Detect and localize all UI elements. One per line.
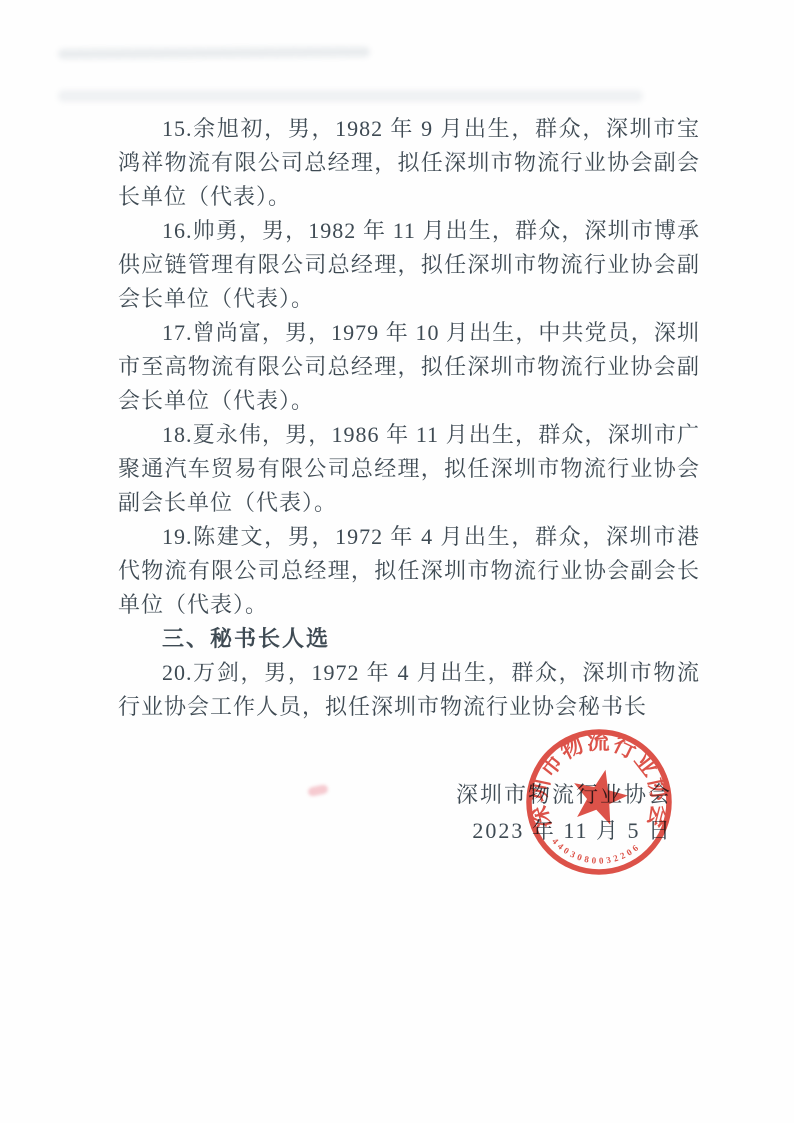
document-page: 15.余旭初，男，1982 年 9 月出生，群众，深圳市宝鸿祥物流有限公司总经理… xyxy=(0,0,794,1123)
document-body: 15.余旭初，男，1982 年 9 月出生，群众，深圳市宝鸿祥物流有限公司总经理… xyxy=(118,112,700,724)
paragraph-candidate-16: 16.帅勇，男，1982 年 11 月出生，群众，深圳市博承供应链管理有限公司总… xyxy=(118,214,700,316)
paragraph-candidate-19: 19.陈建文，男，1972 年 4 月出生，群众，深圳市港代物流有限公司总经理，… xyxy=(118,520,700,622)
paragraph-candidate-15: 15.余旭初，男，1982 年 9 月出生，群众，深圳市宝鸿祥物流有限公司总经理… xyxy=(118,112,700,214)
paragraph-candidate-20: 20.万剑，男，1972 年 4 月出生，群众，深圳市物流行业协会工作人员，拟任… xyxy=(118,656,700,724)
ink-smudge-artifact xyxy=(307,784,328,797)
section-heading-secretary: 三、秘书长人选 xyxy=(118,622,700,656)
scan-bleed-artifact xyxy=(58,47,370,59)
paragraph-candidate-18: 18.夏永伟，男，1986 年 11 月出生，群众，深圳市广聚通汽车贸易有限公司… xyxy=(118,418,700,520)
signature-date: 2023 年 11 月 5 日 xyxy=(456,813,672,849)
paragraph-candidate-17: 17.曾尚富，男，1979 年 10 月出生，中共党员，深圳市至高物流有限公司总… xyxy=(118,316,700,418)
scan-bleed-artifact xyxy=(58,90,643,102)
signature-block: 深圳市物流行业协会 2023 年 11 月 5 日 xyxy=(456,777,672,849)
signature-organization: 深圳市物流行业协会 xyxy=(456,777,672,813)
